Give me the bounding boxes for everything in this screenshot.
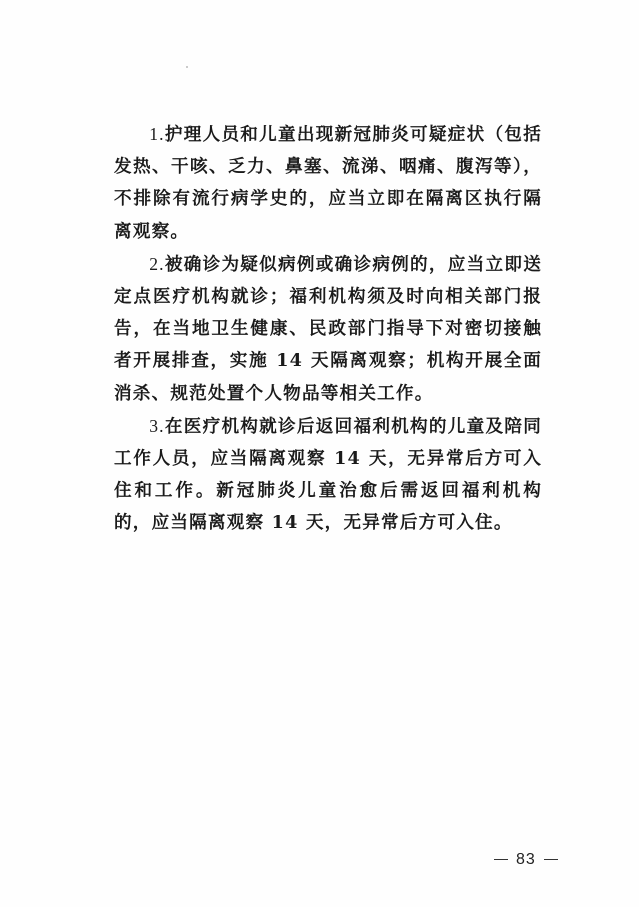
paragraph-text: 护理人员和儿童出现新冠肺炎可疑症状（包括发热、干咳、乏力、鼻塞、流涕、咽痛、腹泻… bbox=[114, 124, 542, 242]
scan-speck bbox=[186, 66, 188, 68]
paragraph-1: 1.护理人员和儿童出现新冠肺炎可疑症状（包括发热、干咳、乏力、鼻塞、流涕、咽痛、… bbox=[114, 118, 542, 248]
dash-right bbox=[544, 859, 558, 860]
page-number-value: 83 bbox=[516, 851, 536, 868]
dash-left bbox=[494, 859, 508, 860]
paragraph-number: 1. bbox=[149, 124, 165, 144]
paragraph-2: 2.被确诊为疑似病例或确诊病例的，应当立即送定点医疗机构就诊；福利机构须及时向相… bbox=[114, 248, 542, 410]
paragraph-text: 被确诊为疑似病例或确诊病例的，应当立即送定点医疗机构就诊；福利机构须及时向相关部… bbox=[114, 254, 542, 404]
paragraph-number: 2. bbox=[149, 254, 165, 274]
paragraph-3: 3.在医疗机构就诊后返回福利机构的儿童及陪同工作人员，应当隔离观察 14 天，无… bbox=[114, 410, 542, 540]
paragraph-number: 3. bbox=[149, 416, 165, 436]
document-body: 1.护理人员和儿童出现新冠肺炎可疑症状（包括发热、干咳、乏力、鼻塞、流涕、咽痛、… bbox=[114, 118, 542, 540]
paragraph-text: 在医疗机构就诊后返回福利机构的儿童及陪同工作人员，应当隔离观察 14 天，无异常… bbox=[114, 416, 542, 534]
document-page: 1.护理人员和儿童出现新冠肺炎可疑症状（包括发热、干咳、乏力、鼻塞、流涕、咽痛、… bbox=[0, 0, 639, 907]
page-number: 83 bbox=[486, 851, 566, 869]
